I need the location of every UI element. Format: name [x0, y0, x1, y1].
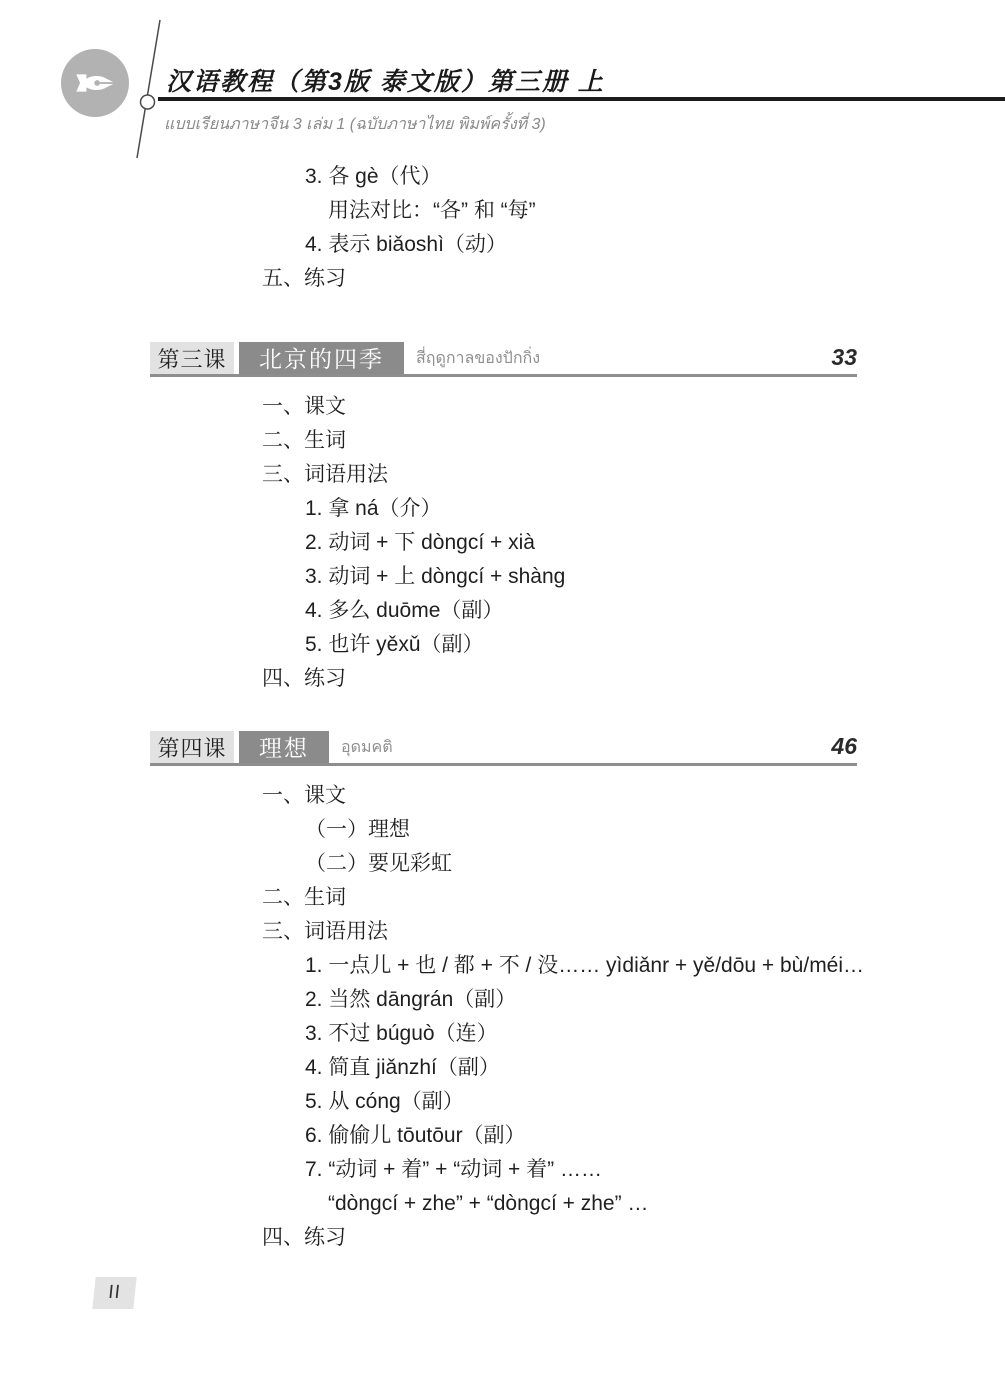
lesson-4-header: 第四课 理想 อุดมคติ 46 — [150, 731, 857, 766]
lesson-title: 北京的四季 — [239, 342, 404, 374]
toc-item: 4. 多么 duōme（副） — [305, 594, 857, 628]
toc-item: 四、练习 — [262, 1221, 857, 1255]
toc-item: 三、词语用法 — [262, 458, 857, 492]
toc-item: 一、课文 — [262, 779, 857, 813]
lesson-title-thai: สี่ฤดูกาลของปักกิ่ง — [416, 346, 540, 371]
toc-item: 2. 当然 dāngrán（副） — [305, 983, 857, 1017]
toc-item: 二、生词 — [262, 424, 857, 458]
toc-item: （一）理想 — [305, 813, 857, 847]
header-rule — [158, 97, 1005, 101]
toc-intro-items: 3. 各 gè（代）用法对比：“各” 和 “每”4. 表示 biǎoshì（动）… — [150, 160, 857, 296]
page-number: II — [107, 1282, 122, 1304]
toc-item: 2. 动词 + 下 dòngcí + xià — [305, 526, 857, 560]
lesson-4-items: 一、课文（一）理想（二）要见彩虹二、生词三、词语用法1. 一点儿 + 也 / 都… — [150, 779, 857, 1255]
toc-item: 7. “动词 + 着” + “动词 + 着” …… — [305, 1153, 857, 1187]
lesson-page-number: 33 — [831, 344, 857, 373]
lesson-label: 第三课 — [150, 342, 234, 374]
toc-item: 3. 不过 búguò（连） — [305, 1017, 857, 1051]
book-subtitle-thai: แบบเรียนภาษาจีน 3 เล่ม 1 (ฉบับภาษาไทย พิ… — [164, 112, 546, 137]
book-title: 汉语教程（第3版 泰文版）第三册 上 — [166, 62, 605, 98]
toc-item: 三、词语用法 — [262, 915, 857, 949]
toc-item: 3. 各 gè（代） — [305, 160, 857, 194]
toc-item: 五、练习 — [262, 262, 857, 296]
page-number-tab: II — [92, 1277, 136, 1309]
toc-item: 3. 动词 + 上 dòngcí + shàng — [305, 560, 857, 594]
table-of-contents: 3. 各 gè（代）用法对比：“各” 和 “每”4. 表示 biǎoshì（动）… — [150, 160, 857, 1255]
toc-item: 1. 拿 ná（介） — [305, 492, 857, 526]
lesson-label: 第四课 — [150, 731, 234, 763]
publisher-logo — [61, 49, 129, 117]
toc-item: 4. 简直 jiǎnzhí（副） — [305, 1051, 857, 1085]
lesson-title-thai: อุดมคติ — [341, 735, 393, 760]
toc-item: 一、课文 — [262, 390, 857, 424]
lesson-3-header: 第三课 北京的四季 สี่ฤดูกาลของปักกิ่ง 33 — [150, 342, 857, 377]
toc-item: 用法对比：“各” 和 “每” — [328, 194, 857, 228]
lesson-title: 理想 — [239, 731, 329, 763]
toc-item: （二）要见彩虹 — [305, 847, 857, 881]
lesson-3-items: 一、课文二、生词三、词语用法1. 拿 ná（介）2. 动词 + 下 dòngcí… — [150, 390, 857, 696]
toc-item: 4. 表示 biǎoshì（动） — [305, 228, 857, 262]
lesson-page-number: 46 — [831, 733, 857, 762]
toc-item: 1. 一点儿 + 也 / 都 + 不 / 没…… yìdiǎnr + yě/dō… — [305, 949, 857, 983]
toc-item: 二、生词 — [262, 881, 857, 915]
toc-item: 6. 偷偷儿 tōutōur（副） — [305, 1119, 857, 1153]
page: 汉语教程（第3版 泰文版）第三册 上 แบบเรียนภาษาจีน 3 เล่… — [0, 0, 1005, 1400]
toc-item: “dòngcí + zhe” + “dòngcí + zhe” … — [328, 1187, 857, 1221]
toc-item: 5. 也许 yěxǔ（副） — [305, 628, 857, 662]
toc-item: 四、练习 — [262, 662, 857, 696]
pen-nib-icon — [72, 60, 118, 106]
toc-item: 5. 从 cóng（副） — [305, 1085, 857, 1119]
